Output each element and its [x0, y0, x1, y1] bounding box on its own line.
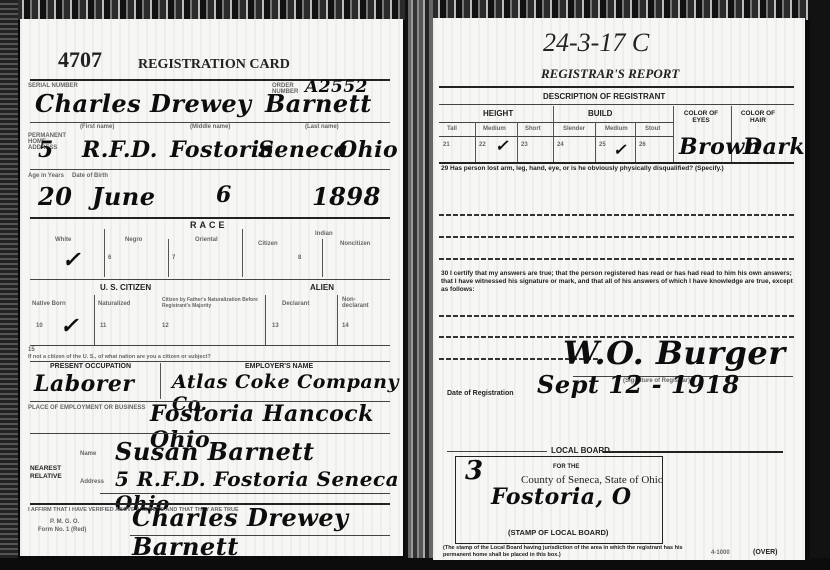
registrars-report-back: 24-3-17 C REGISTRAR'S REPORT DESCRIPTION…	[433, 18, 805, 560]
race-indian-noncitizen-label: Noncitizen	[340, 241, 370, 247]
us-citizen-header: U. S. CITIZEN	[100, 283, 151, 292]
citizen-number: 10	[36, 323, 43, 329]
registrar-signature: W.O. Burger	[563, 334, 786, 372]
stamp-instructions: (The stamp of the Local Board having jur…	[443, 545, 693, 559]
height-number: 23	[521, 142, 528, 148]
date-of-registration-label: Date of Registration	[447, 390, 514, 397]
citizen-number: 13	[272, 323, 279, 329]
relative-name-value: Susan Barnett	[115, 437, 315, 466]
alien-header: ALIEN	[310, 283, 334, 292]
middle-name: Drewey	[150, 89, 252, 118]
last-name: Barnett	[265, 89, 372, 118]
dob-year: 1898	[312, 182, 381, 211]
race-indian-label: Indian	[315, 231, 333, 237]
middle-name-label: (Middle name)	[190, 124, 230, 130]
address-street: R.F.D.	[82, 137, 158, 163]
dob-month: June	[92, 182, 156, 211]
build-number: 25	[599, 142, 606, 148]
occupation-label: PRESENT OCCUPATION	[50, 363, 131, 370]
race-indian-citizen-label: Citizen	[258, 241, 278, 247]
height-header: HEIGHT	[483, 109, 513, 118]
local-board-label: LOCAL BOARD	[551, 446, 610, 455]
race-white-label: White	[55, 237, 71, 243]
scan-border-left	[0, 0, 18, 570]
form-code: 4-1000	[711, 550, 730, 556]
question-15-number: 15	[28, 347, 35, 353]
non-citizen-question: If not a citizen of the U. S., of what n…	[28, 354, 211, 360]
build-slender-label: Slender	[563, 126, 585, 132]
race-white-checkmark: ✓	[62, 247, 81, 273]
pmgo-label: P. M. G. O.	[50, 519, 79, 525]
height-medium-label: Medium	[483, 126, 506, 132]
build-medium-checkmark: ✓	[613, 140, 627, 159]
declarant-label: Declarant	[282, 301, 309, 307]
question-29: 29 Has person lost arm, leg, hand, eye, …	[441, 165, 793, 173]
serial-number: 4707	[58, 47, 102, 73]
native-born-checkmark: ✓	[60, 313, 79, 339]
form-number: Form No. 1 (Red)	[38, 527, 86, 533]
race-number: 7	[172, 255, 175, 261]
race-oriental-label: Oriental	[195, 237, 218, 243]
height-tall-label: Tall	[447, 126, 457, 132]
citizen-by-father-label: Citizen by Father's Naturalization Befor…	[162, 297, 262, 309]
nearest-relative-label: NEAREST RELATIVE	[30, 465, 70, 481]
first-name: Charles	[35, 89, 141, 118]
race-negro-label: Negro	[125, 237, 142, 243]
hair-color-value: Dark	[743, 134, 805, 160]
race-number: 6	[108, 255, 111, 261]
hair-color-header: COLOR OF HAIR	[738, 110, 778, 124]
race-header: RACE	[190, 220, 228, 230]
board-code: 24-3-17 C	[543, 28, 649, 58]
card-title: REGISTRATION CARD	[138, 57, 290, 73]
over-label: (OVER)	[753, 549, 778, 556]
naturalized-label: Naturalized	[98, 301, 153, 307]
place-of-employment-label: PLACE OF EMPLOYMENT OR BUSINESS	[28, 405, 145, 411]
eye-color-header: COLOR OF EYES	[681, 110, 721, 124]
build-stout-label: Stout	[645, 126, 660, 132]
scan-binding-spine	[405, 0, 433, 570]
employer-label: EMPLOYER'S NAME	[245, 363, 313, 370]
address-county: Seneca	[258, 137, 349, 163]
height-medium-checkmark: ✓	[495, 136, 509, 155]
height-number: 21	[443, 142, 450, 148]
stamp-label: (STAMP OF LOCAL BOARD)	[508, 528, 608, 537]
for-the-label: FOR THE	[553, 464, 579, 470]
citizen-number: 14	[342, 323, 349, 329]
address-state: Ohio	[338, 137, 398, 163]
build-medium-label: Medium	[605, 126, 628, 132]
relative-name-label: Name	[80, 451, 96, 457]
age-label: Age in Years	[28, 173, 64, 179]
scan-border-right	[810, 0, 830, 570]
age-value: 20	[38, 182, 72, 211]
board-city: Fostoria, O	[491, 484, 632, 510]
build-header: BUILD	[588, 109, 612, 118]
first-name-label: (First name)	[80, 124, 114, 130]
citizen-number: 12	[162, 323, 169, 329]
non-declarant-label: Non-declarant	[342, 297, 382, 309]
report-title: REGISTRAR'S REPORT	[541, 66, 679, 82]
date-of-registration-value: Sept 12 - 1918	[537, 370, 740, 399]
registrant-signature: Charles Drewey Barnett	[132, 503, 403, 556]
citizen-number: 11	[100, 323, 106, 329]
last-name-label: (Last name)	[305, 124, 339, 130]
race-number: 8	[298, 255, 301, 261]
address-number: 5	[38, 137, 54, 163]
height-number: 22	[479, 142, 486, 148]
description-header: DESCRIPTION OF REGISTRANT	[543, 92, 665, 101]
question-30-certification: 30 I certify that my answers are true; t…	[441, 270, 793, 294]
native-born-label: Native Born	[32, 301, 92, 307]
build-number: 24	[557, 142, 564, 148]
build-number: 26	[639, 142, 646, 148]
occupation-value: Laborer	[34, 371, 134, 397]
registration-card-front: 4707 REGISTRATION CARD SERIAL NUMBER ORD…	[20, 19, 403, 556]
relative-address-label: Address	[80, 479, 104, 485]
height-short-label: Short	[525, 126, 541, 132]
board-number: 3	[465, 456, 484, 486]
dob-day: 6	[216, 182, 232, 208]
dob-label: Date of Birth	[72, 173, 108, 179]
